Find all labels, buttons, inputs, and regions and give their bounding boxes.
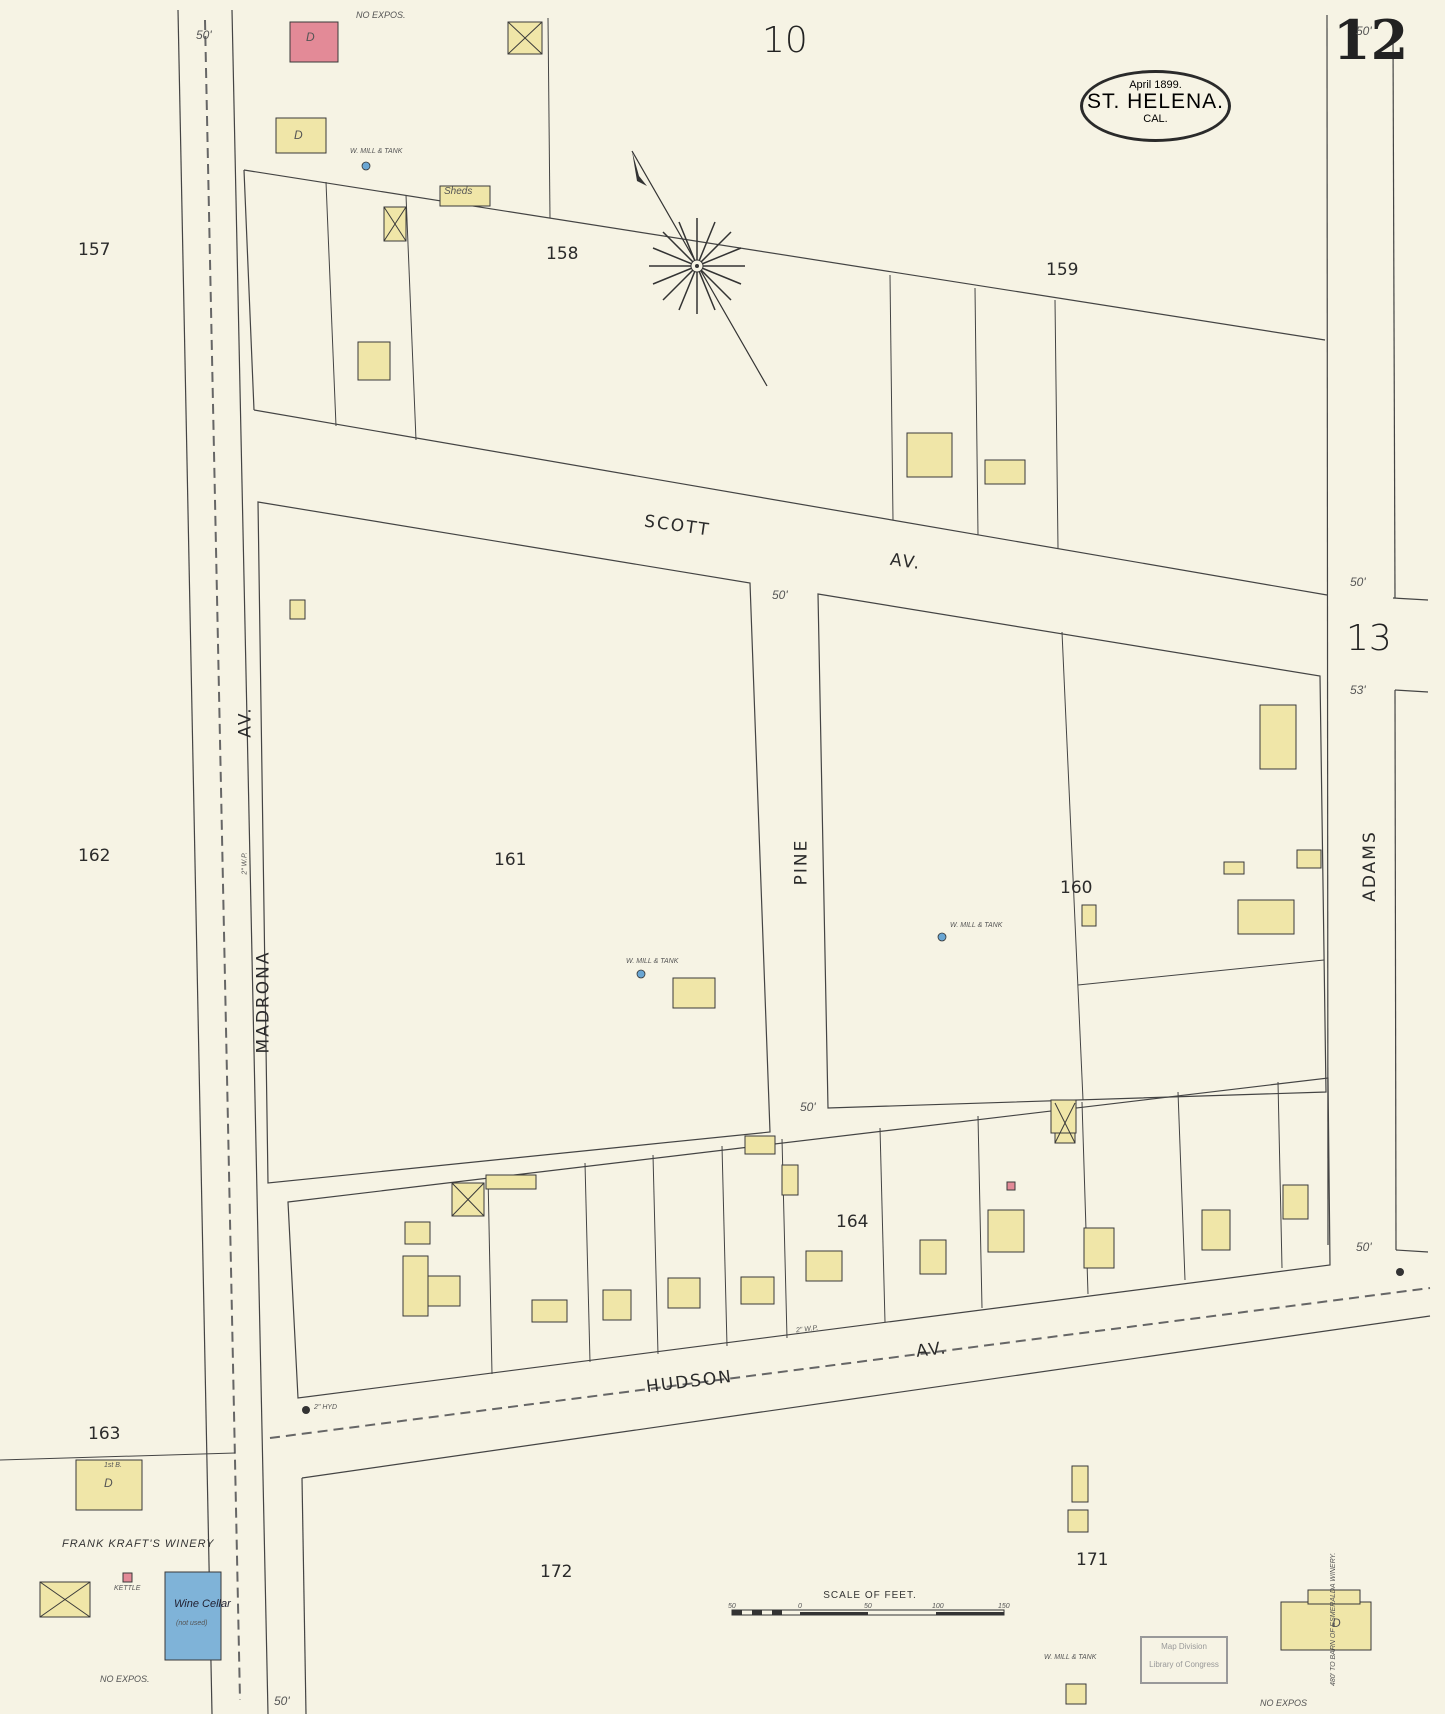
block-number: 162 [78,846,110,866]
street-scott-av: AV. [889,550,923,574]
sheds-label: Sheds [444,186,472,197]
street-width-label: 50' [1350,575,1366,589]
title-cartouche: April 1899. ST. HELENA. CAL. [1080,70,1231,142]
compass-rose-icon [632,151,767,386]
scale-tick: 50 [864,1603,872,1610]
block-number: 163 [88,1424,120,1444]
water-pipe-label: 2" W.P. [242,852,249,874]
street-width-label: 50' [274,1694,290,1708]
wine-cellar-note: (not used) [176,1620,208,1627]
street-hudson-av: AV. [915,1338,949,1362]
scale-caption: SCALE OF FEET. [730,1590,1010,1601]
library-of-congress-stamp: Map Division Library of Congress [1140,1636,1228,1684]
stamp-line: Library of Congress [1142,1656,1226,1674]
city-name: ST. HELENA. [1083,91,1228,113]
adjacent-sheet-top: 10 [762,20,808,61]
block-number: 172 [540,1562,572,1582]
sanborn-map-sheet: April 1899. ST. HELENA. CAL. 12 10 13 15… [0,0,1445,1714]
stamp-line: Map Division [1142,1638,1226,1656]
dwelling-label: D [1332,1616,1341,1630]
sheet-number: 12 [1333,8,1408,72]
first-b-label: 1st B. [104,1462,122,1469]
scale-tick: 100 [932,1603,944,1610]
map-linework [0,0,1445,1714]
adjacent-sheet-right: 13 [1346,618,1392,659]
scale-tick: 150 [998,1603,1010,1610]
wine-cellar-label: Wine Cellar [174,1598,231,1610]
windmill-tank-label: W. MILL & TANK [350,148,402,155]
scale-tick: 50 [728,1603,736,1610]
street-width-label: 50' [196,28,212,42]
no-exposures-note: NO EXPOS [1260,1698,1307,1708]
dwelling-label: D [294,128,303,142]
scale-tick: 0 [798,1603,802,1610]
street-width-label: 53' [1350,683,1366,697]
block-number: 158 [546,244,578,264]
winery-label: FRANK KRAFT'S WINERY [62,1538,214,1550]
block-number: 157 [78,240,110,260]
no-exposures-note: NO EXPOS. [356,10,406,20]
kettle-label: KETTLE [114,1585,140,1592]
dwelling-label: D [306,30,315,44]
block-number: 159 [1046,260,1078,280]
windmill-tank-label: W. MILL & TANK [626,958,678,965]
state-name: CAL. [1083,113,1228,125]
street-width-label: 50' [800,1100,816,1114]
street-adams: ADAMS [1360,830,1380,902]
windmill-tank-label: W. MILL & TANK [1044,1654,1096,1661]
hydrant-label: 2" HYD [314,1404,337,1411]
no-exposures-note: NO EXPOS. [100,1674,150,1684]
street-madrona: MADRONA [253,951,273,1054]
street-width-label: 50' [772,588,788,602]
windmill-tank-label: W. MILL & TANK [950,922,1002,929]
block-number: 161 [494,850,526,870]
street-pine: PINE [791,839,811,886]
scale-of-feet: SCALE OF FEET. [730,1590,1010,1601]
block-number: 164 [836,1212,868,1232]
street-width-label: 50' [1356,1240,1372,1254]
block-number: 171 [1076,1550,1108,1570]
dwelling-label: D [104,1476,113,1490]
street-madrona-av: AV. [236,706,256,737]
street-width-label: 50' [1356,24,1372,38]
block-number: 160 [1060,878,1092,898]
